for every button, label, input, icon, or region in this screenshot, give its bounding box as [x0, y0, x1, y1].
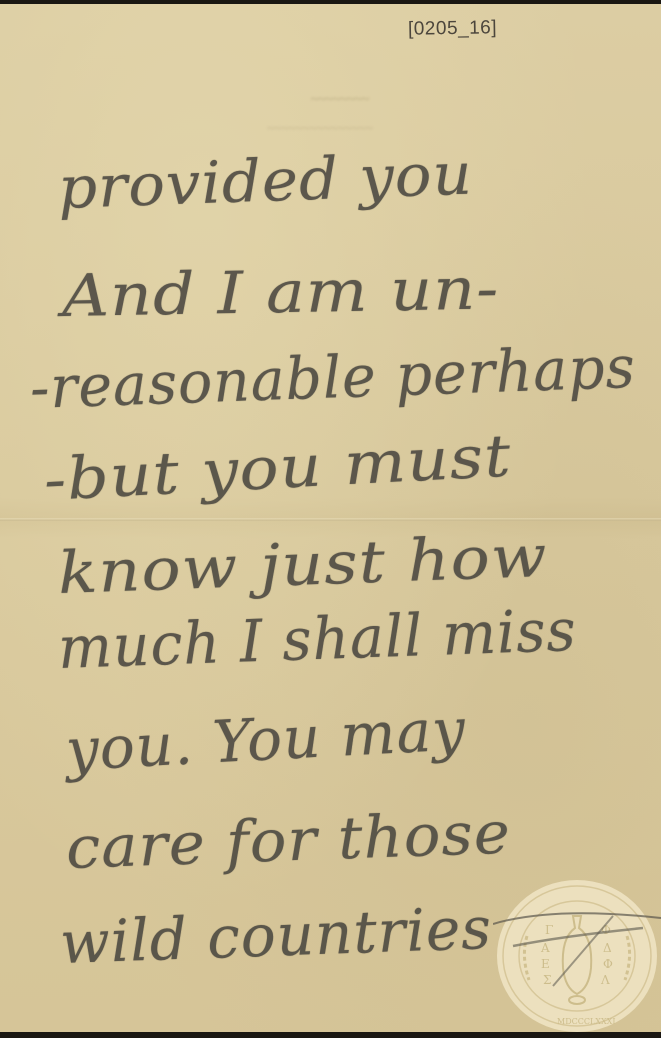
svg-text:Λ: Λ [600, 973, 610, 987]
letter-page: [0205_16] ~~~~~~~~ ~~~~~~~~~~~~~~~ provi… [0, 4, 661, 1032]
scan-bottom-edge [0, 1032, 661, 1038]
handwriting-line-1: provided you [57, 140, 474, 222]
handwriting-line-5: know just how [57, 522, 549, 607]
svg-text:Δ: Δ [603, 941, 612, 955]
handwriting-line-2: And I am un- [61, 254, 499, 330]
svg-text:MDCCCLXXXI: MDCCCLXXXI [557, 1017, 616, 1026]
svg-text:Ε: Ε [541, 957, 550, 971]
svg-text:Σ: Σ [543, 973, 551, 987]
svg-text:Φ: Φ [603, 957, 613, 971]
svg-text:Γ: Γ [545, 923, 553, 937]
handwriting-line-8: care for those [65, 798, 512, 881]
handwriting-line-9: wild countries [59, 894, 493, 977]
handwriting-line-6: much I shall miss [57, 596, 578, 682]
embossed-seal-icon: Γ Α Ε Σ Φ Δ Φ Λ MDCCCLXXXI [493, 876, 661, 1032]
handwriting-line-3: -reasonable perhaps [29, 333, 637, 422]
handwriting-line-7: you. You may [64, 695, 467, 784]
svg-text:Α: Α [540, 941, 550, 955]
handwriting-line-4: -but you must [42, 422, 513, 514]
